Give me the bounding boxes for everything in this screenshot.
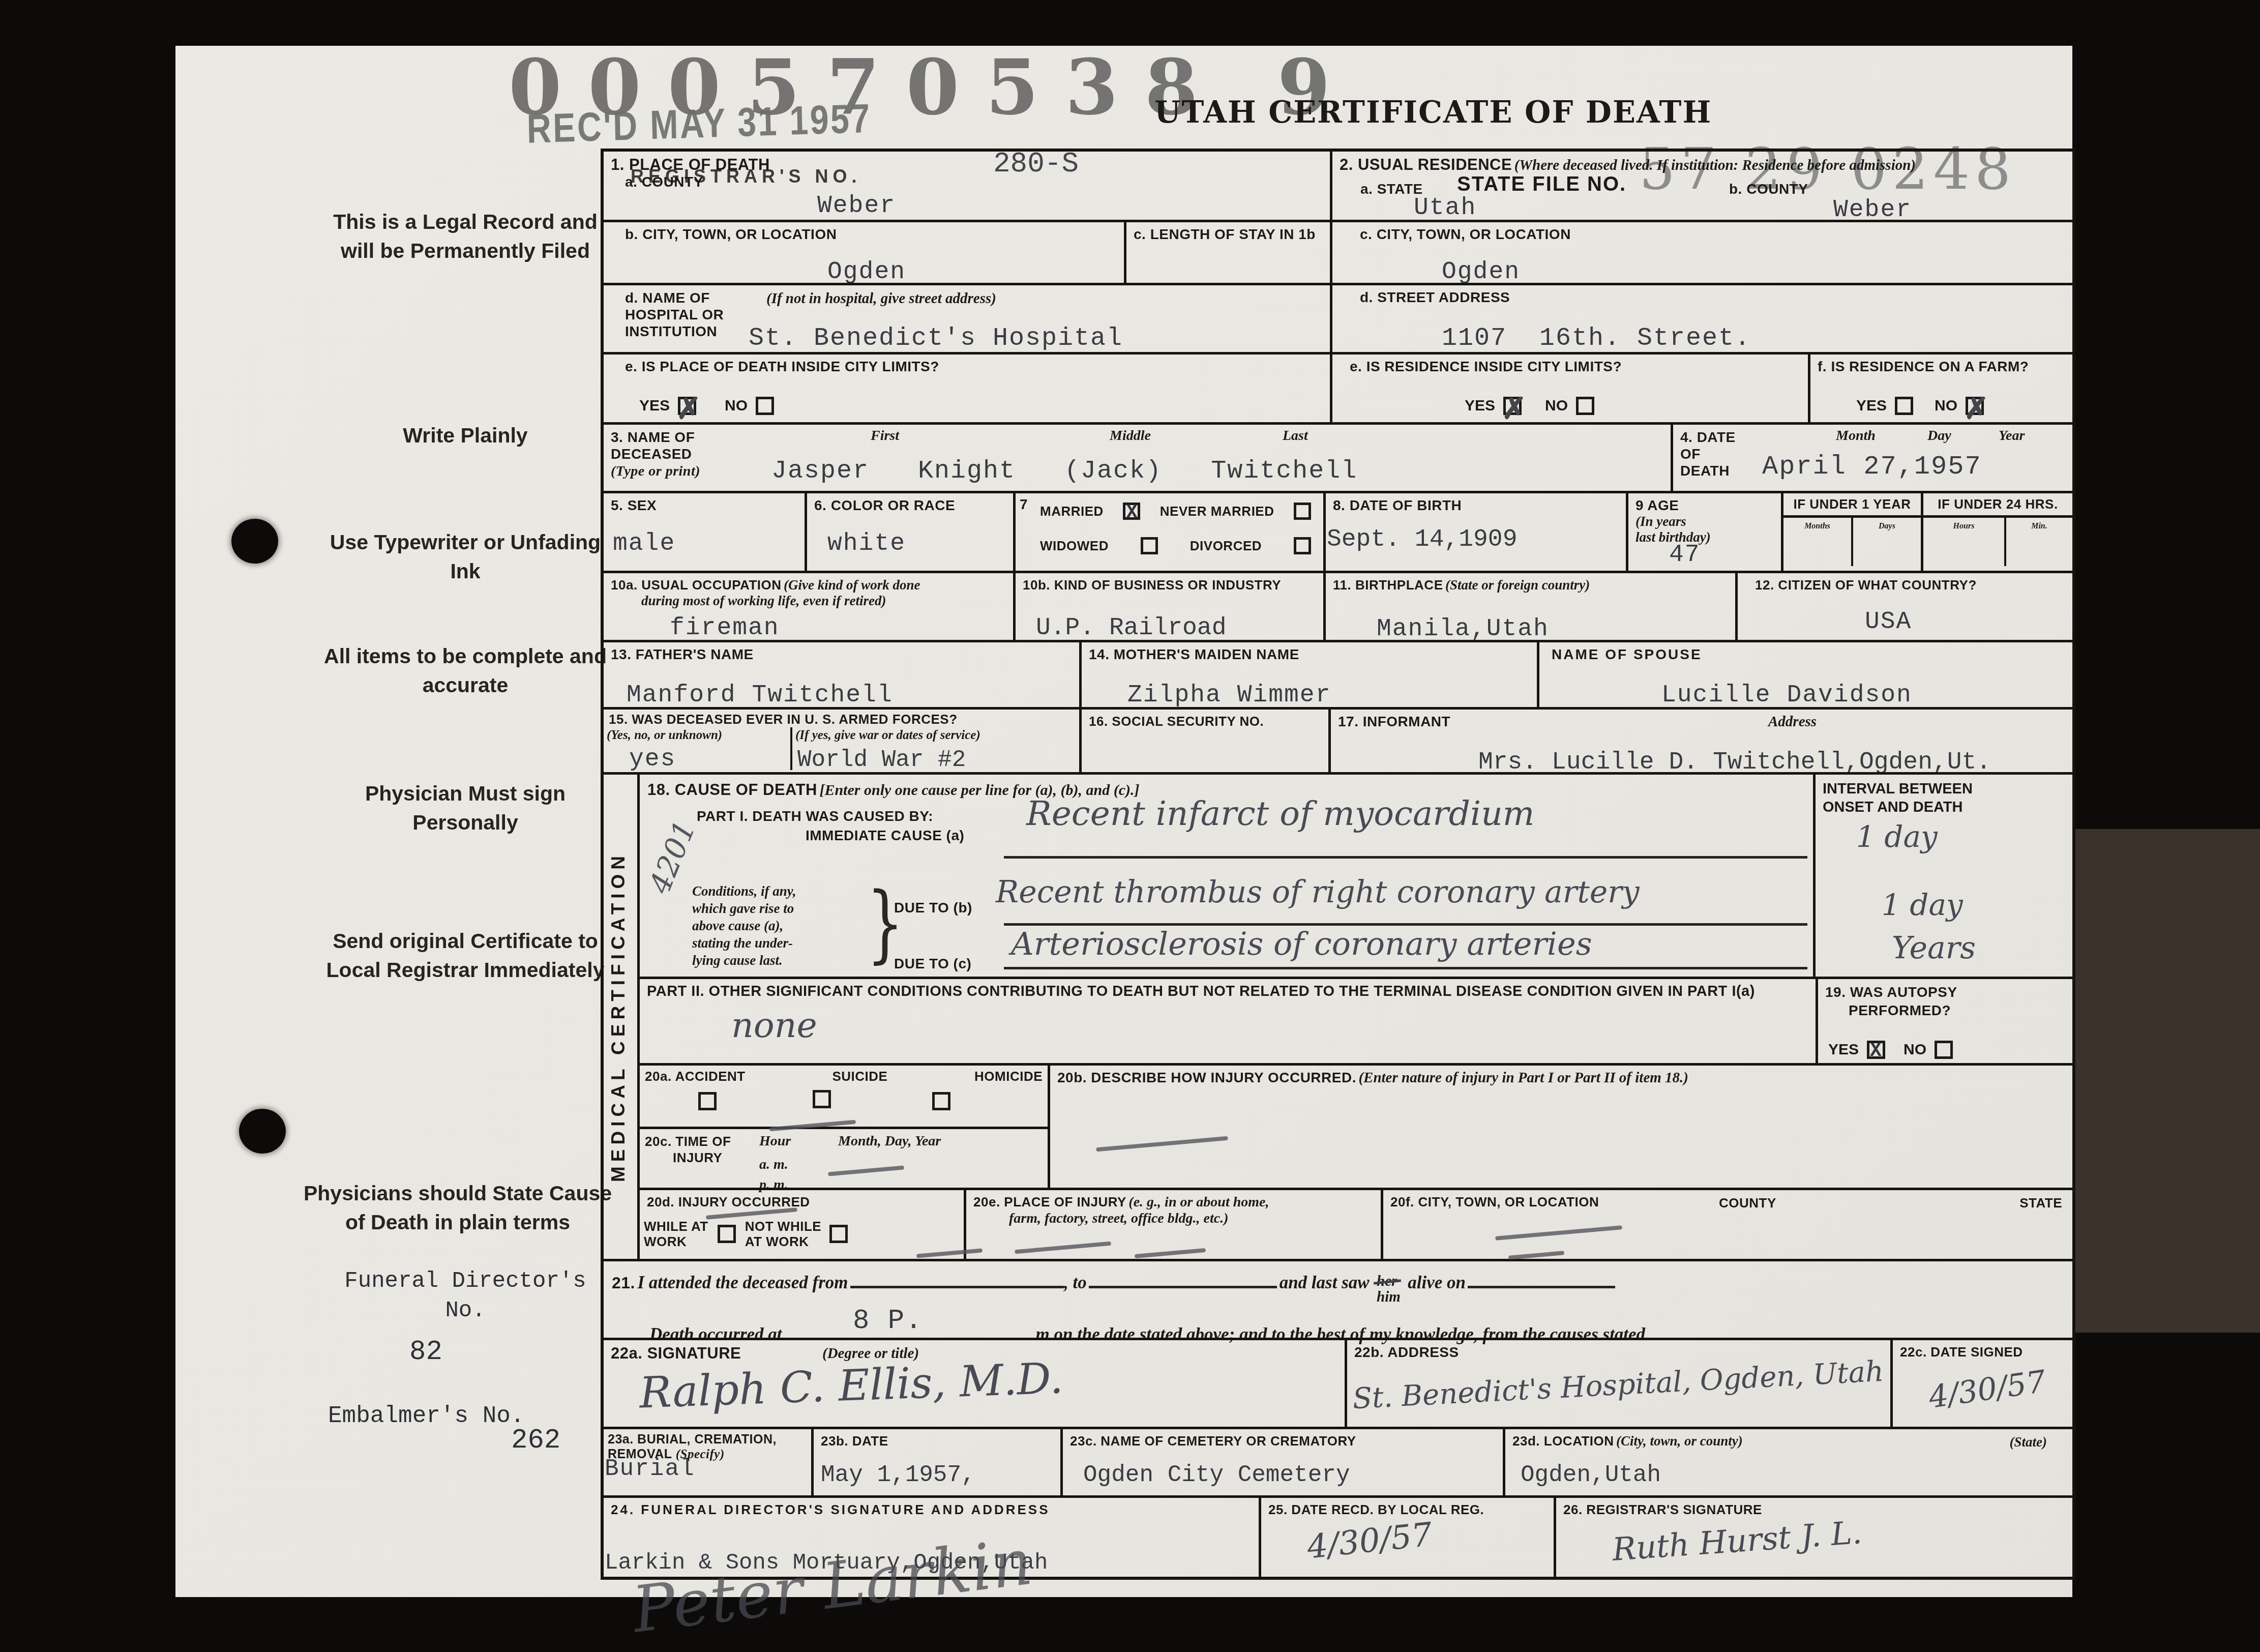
field-attended-statement: 21. I attended the deceased from , to an… — [604, 1261, 2072, 1338]
hour-label: Hour — [759, 1133, 791, 1149]
place-of-injury-label: 20e. PLACE OF INJURY — [973, 1194, 1126, 1209]
embalmer-no-value: 262 — [511, 1425, 560, 1456]
pen-dash — [1015, 1242, 1111, 1254]
interval-a-value: 1 day — [1856, 819, 1938, 854]
margin-note-typewriter: Use Typewriter or Unfading Ink — [320, 528, 610, 586]
mother-value: Zilpha Wimmer — [1127, 682, 1331, 709]
medical-certification-strip: MEDICAL CERTIFICATION — [604, 775, 640, 1259]
burial-type-value: Burial — [605, 1456, 695, 1482]
field-fathers-name: 13. FATHER'S NAME Manford Twitchell — [604, 642, 1082, 707]
industry-value: U.P. Railroad — [1036, 614, 1226, 642]
date-signed-value: 4/30/57 — [1926, 1364, 2048, 1415]
no-checkbox — [1576, 397, 1594, 415]
field-burial-type: 23a. BURIAL, CREMATION, REMOVAL (Specify… — [604, 1429, 814, 1495]
field-length-of-stay: c. LENGTH OF STAY IN 1b — [1126, 222, 1332, 283]
place-of-injury-hint1: (e. g., in or about home, — [1128, 1194, 1269, 1210]
citizen-label: 12. CITIZEN OF WHAT COUNTRY? — [1755, 577, 2065, 593]
street-address-value: 1107 16th. Street. — [1442, 324, 1751, 353]
under-24-hrs-columns: Hours Min. — [1923, 515, 2072, 566]
min-column: Min. — [2006, 518, 2072, 566]
accident-checkbox — [698, 1092, 717, 1110]
length-of-stay-label: c. LENGTH OF STAY IN 1b — [1134, 226, 1323, 243]
field-residence-on-farm: f. IS RESIDENCE ON A FARM? YES NO — [1810, 355, 2072, 422]
hospital-hint: (If not in hospital, give street address… — [766, 290, 996, 307]
field-residence-inside-city-limits: e. IS RESIDENCE INSIDE CITY LIMITS? YES … — [1332, 355, 1810, 422]
time-of-death-value: 8 P. — [853, 1306, 923, 1337]
field-physician-signature: 22a. SIGNATURE (Degree or title) Ralph C… — [604, 1340, 1347, 1427]
margin-note-write-plainly: Write Plainly — [320, 421, 610, 450]
residence-city-label: c. CITY, TOWN, OR LOCATION — [1360, 226, 2065, 243]
address-label: 22b. ADDRESS — [1354, 1344, 1459, 1360]
residence-city-limits-label: e. IS RESIDENCE INSIDE CITY LIMITS? — [1350, 359, 1801, 375]
place-city-limits-label: e. IS PLACE OF DEATH INSIDE CITY LIMITS? — [625, 359, 1323, 375]
cause-a-value: Recent infarct of myocardium — [1026, 794, 1534, 833]
cause-a-line — [1004, 856, 1807, 859]
cemetery-label: 23c. NAME OF CEMETERY OR CREMATORY — [1070, 1433, 1356, 1449]
attended-line1: 21. I attended the deceased from , to an… — [612, 1266, 2070, 1305]
mother-label: 14. MOTHER'S MAIDEN NAME — [1089, 646, 1530, 663]
dod-col-year: Year — [1999, 428, 2025, 444]
race-value: white — [827, 530, 906, 557]
row-occupation: 10a. USUAL OCCUPATION (Give kind of work… — [604, 571, 2072, 640]
am-label: a. m. — [759, 1157, 788, 1173]
time-of-injury-label: 20c. TIME OF INJURY — [645, 1133, 731, 1166]
father-value: Manford Twitchell — [627, 682, 893, 709]
pen-dash — [1495, 1225, 1622, 1241]
field-social-security-no: 16. SOCIAL SECURITY NO. — [1082, 710, 1331, 772]
sex-label: 5. SEX — [611, 497, 797, 514]
margin-note-send-original: Send original Certificate to Local Regis… — [320, 927, 610, 985]
row-part2-autopsy: PART II. OTHER SIGNIFICANT CONDITIONS CO… — [640, 977, 2072, 1063]
field-street-address: d. STREET ADDRESS 1107 16th. Street. — [1332, 285, 2072, 352]
homicide-checkbox — [932, 1092, 950, 1110]
field-armed-forces: 15. WAS DECEASED EVER IN U. S. ARMED FOR… — [604, 710, 1082, 772]
field-sex: 5. SEX male — [604, 493, 807, 571]
residence-city-limits-answer: YES NO — [1465, 397, 1599, 415]
field-usual-occupation: 10a. USUAL OCCUPATION (Give kind of work… — [604, 573, 1016, 640]
burial-date-label: 23b. DATE — [821, 1433, 888, 1449]
place-city-value: Ogden — [827, 258, 906, 286]
medical-certification-label: MEDICAL CERTIFICATION — [608, 851, 629, 1182]
street-address-label: d. STREET ADDRESS — [1360, 289, 2065, 306]
yes-checkbox — [1895, 397, 1913, 415]
injury-occurred-label: 20d. INJURY OCCURRED — [647, 1194, 810, 1209]
date-received-value: 4/30/57 — [1305, 1516, 1434, 1566]
field-describe-injury: 20b. DESCRIBE HOW INJURY OCCURRED. (Ente… — [1050, 1066, 2072, 1188]
field-name-of-spouse: NAME OF SPOUSE Lucille Davidson — [1539, 642, 2072, 707]
scanned-death-certificate: 000570538 9 REC'D MAY 31 1957 REGISTRAR'… — [0, 0, 2260, 1652]
part2-value: none — [731, 1006, 817, 1046]
citizen-value: USA — [1865, 608, 1912, 636]
place-of-injury-hint2: farm, factory, street, office bldg., etc… — [1009, 1211, 1229, 1226]
injury-state-label: STATE — [2019, 1195, 2062, 1211]
field-place-of-death-county: 1. PLACE OF DEATH a. COUNTY Weber — [604, 152, 1332, 220]
months-column: Months — [1783, 518, 1853, 566]
while-at-work-checkbox — [718, 1225, 736, 1243]
field-residence-state-county: 2. USUAL RESIDENCE (Where deceased lived… — [1332, 152, 2072, 220]
field-injury-location: 20f. CITY, TOWN, OR LOCATION COUNTY STAT… — [1383, 1190, 2072, 1259]
dob-label: 8. DATE OF BIRTH — [1333, 497, 1619, 514]
row-signature: 22a. SIGNATURE (Degree or title) Ralph C… — [604, 1338, 2072, 1427]
field-injury-occurred: 20d. INJURY OCCURRED WHILE ATWORK NOT WH… — [640, 1190, 966, 1259]
never-married-label: NEVER MARRIED — [1160, 504, 1274, 519]
field-burial-location: 23d. LOCATION (City, town, or county) (S… — [1505, 1429, 2072, 1495]
residence-state-value: Utah — [1414, 194, 1476, 222]
scan-border-top — [0, 0, 2260, 46]
row-attended: 21. I attended the deceased from , to an… — [604, 1259, 2072, 1338]
funeral-director-no-value: 82 — [409, 1337, 442, 1368]
date-received-label: 25. DATE RECD. BY LOCAL REG. — [1268, 1502, 1484, 1517]
funeral-director-label: 24. FUNERAL DIRECTOR'S SIGNATURE AND ADD… — [611, 1502, 1050, 1517]
yes-checkbox — [1867, 1041, 1885, 1059]
field-mothers-maiden-name: 14. MOTHER'S MAIDEN NAME Zilpha Wimmer — [1082, 642, 1539, 707]
field-name-of-deceased: 3. NAME OF DECEASED (Type or print) Firs… — [604, 425, 1673, 491]
field-industry: 10b. KIND OF BUSINESS OR INDUSTRY U.P. R… — [1016, 573, 1326, 640]
row-20ab: 20a. ACCIDENT SUICIDE HOMICIDE — [640, 1063, 2072, 1188]
row-parents-spouse: 13. FATHER'S NAME Manford Twitchell 14. … — [604, 640, 2072, 707]
armed-forces-hint1: (Yes, no, or unknown) — [607, 728, 722, 742]
interval-b-value: 1 day — [1882, 888, 1963, 922]
part1-label: PART I. DEATH WAS CAUSED BY: — [697, 808, 933, 824]
interval-c-value: Years — [1892, 930, 1976, 966]
medical-certification-group: MEDICAL CERTIFICATION 4201 18. CAUSE OF … — [604, 772, 2072, 1259]
residence-city-value: Ogden — [1442, 258, 1520, 286]
occupation-value: fireman — [670, 614, 780, 642]
injury-occurred-boxes: WHILE ATWORK NOT WHILEAT WORK — [644, 1219, 856, 1249]
certificate-paper: 000570538 9 REC'D MAY 31 1957 REGISTRAR'… — [175, 46, 2072, 1597]
burial-state-hint: (State) — [2010, 1434, 2047, 1450]
row-county: 1. PLACE OF DEATH a. COUNTY Weber 2. USU… — [604, 152, 2072, 220]
signature-label: 22a. SIGNATURE — [611, 1344, 741, 1362]
burial-date-value: May 1,1957, — [821, 1462, 975, 1488]
under-1-year-label: IF UNDER 1 YEAR — [1783, 493, 1921, 515]
describe-injury-label: 20b. DESCRIBE HOW INJURY OCCURRED. — [1057, 1070, 1356, 1085]
interval-header: INTERVAL BETWEENONSET AND DEATH — [1816, 775, 2072, 816]
county-value: Weber — [817, 192, 896, 220]
dob-value: Sept. 14,1909 — [1327, 526, 1517, 553]
row-city: b. CITY, TOWN, OR LOCATION Ogden c. LENG… — [604, 220, 2072, 283]
field-place-of-injury: 20e. PLACE OF INJURY (e. g., in or about… — [966, 1190, 1383, 1259]
embalmer-no-label: Embalmer's No. — [328, 1403, 524, 1429]
marital-line1: MARRIED NEVER MARRIED — [1040, 503, 1316, 520]
married-label: MARRIED — [1040, 504, 1104, 519]
not-while-at-work-checkbox — [829, 1225, 848, 1243]
injury-city-label: 20f. CITY, TOWN, OR LOCATION — [1390, 1194, 1599, 1209]
punch-hole-top — [231, 519, 278, 564]
field-date-signed: 22c. DATE SIGNED 4/30/57 — [1893, 1340, 2072, 1427]
certificate-form: Peter Larkin 1. PLACE OF DEATH a. COUNTY… — [601, 149, 2075, 1580]
cause-c-line — [1004, 967, 1807, 969]
due-to-c-label: DUE TO (c) — [894, 956, 971, 972]
row-burial: 23a. BURIAL, CREMATION, REMOVAL (Specify… — [604, 1427, 2072, 1495]
hours-column: Hours — [1923, 518, 2006, 566]
row-cause-of-death: 4201 18. CAUSE OF DEATH [Enter only one … — [640, 775, 2072, 977]
accident-suicide-homicide: 20a. ACCIDENT SUICIDE HOMICIDE — [640, 1066, 1048, 1129]
informant-label: 17. INFORMANT — [1338, 714, 1450, 729]
field-place-inside-city-limits: e. IS PLACE OF DEATH INSIDE CITY LIMITS?… — [604, 355, 1332, 422]
injury-county-label: COUNTY — [1719, 1195, 1776, 1211]
sex-value: male — [613, 530, 675, 557]
age-hint: (In yearslast birthday) — [1635, 514, 1774, 545]
field-informant: 17. INFORMANT Address Mrs. Lucille D. Tw… — [1331, 710, 2072, 772]
divorced-checkbox — [1294, 537, 1311, 554]
margin-note-plain-terms: Physicians should State Cause of Death i… — [300, 1179, 615, 1237]
divorced-label: DIVORCED — [1190, 538, 1262, 554]
field-age: 9 AGE (In yearslast birthday) 47 — [1628, 493, 1783, 571]
birthplace-value: Manila,Utah — [1377, 615, 1549, 643]
scan-border-bottom — [0, 1596, 2260, 1652]
armed-forces-hint2: (If yes, give war or dates of service) — [795, 728, 980, 742]
occupation-label: 10a. USUAL OCCUPATION (Give kind of work… — [611, 577, 1006, 609]
never-married-checkbox — [1294, 503, 1311, 520]
residence-farm-label: f. IS RESIDENCE ON A FARM? — [1818, 359, 2065, 375]
armed-forces-answers: (Yes, no, or unknown) yes (If yes, give … — [604, 727, 1079, 770]
hospital-value: St. Benedict's Hospital — [749, 324, 1123, 353]
armed-forces-value2: World War #2 — [797, 747, 966, 773]
margin-note-complete-accurate: All items to be complete and accurate — [320, 642, 610, 700]
informant-address-label: Address — [1768, 714, 1817, 730]
desk-background — [2072, 829, 2260, 1333]
no-checkbox — [756, 397, 774, 415]
place-city-label: b. CITY, TOWN, OR LOCATION — [625, 226, 1117, 243]
name-col-middle: Middle — [1110, 428, 1151, 444]
field-residence-city: c. CITY, TOWN, OR LOCATION Ogden — [1332, 222, 2072, 283]
registrar-signature-label: 26. REGISTRAR'S SIGNATURE — [1563, 1502, 1762, 1517]
scan-border-right — [2072, 0, 2260, 1652]
row-sex-race-marital: 5. SEX male 6. COLOR OR RACE white 7 MAR… — [604, 491, 2072, 571]
cause-b-value: Recent thrombus of right coronary artery — [996, 874, 1640, 910]
suicide-checkbox — [813, 1090, 831, 1108]
row-20def: 20d. INJURY OCCURRED WHILE ATWORK NOT WH… — [640, 1188, 2072, 1259]
spouse-label: NAME OF SPOUSE — [1552, 646, 2065, 663]
field-date-received: 25. DATE RECD. BY LOCAL REG. 4/30/57 — [1261, 1498, 1556, 1577]
part2-label: PART II. OTHER SIGNIFICANT CONDITIONS CO… — [647, 983, 1808, 1000]
race-label: 6. COLOR OR RACE — [814, 497, 1006, 514]
marital-line2: WIDOWED DIVORCED — [1040, 537, 1316, 554]
ash-labels: 20a. ACCIDENT SUICIDE HOMICIDE — [645, 1069, 1043, 1084]
funeral-director-value: Larkin & Sons Mortuary,Ogden,Utah — [605, 1550, 1048, 1576]
due-to-b-label: DUE TO (b) — [894, 900, 972, 916]
field-date-of-death: 4. DATE OF DEATH Month Day Year April 27… — [1673, 425, 2072, 491]
dod-col-day: Day — [1927, 428, 1951, 444]
yes-checkbox — [1503, 397, 1522, 415]
funeral-director-no-label: Funeral Director's No. — [318, 1266, 613, 1325]
conditions-note: Conditions, if any, which gave rise to a… — [692, 882, 796, 969]
father-label: 13. FATHER'S NAME — [611, 646, 1072, 663]
certificate-title: UTAH CERTIFICATE OF DEATH — [1154, 95, 1712, 130]
punch-hole-bottom — [239, 1109, 286, 1154]
margin-note-physician-sign: Physician Must sign Personally — [320, 779, 610, 837]
place-of-death-title: 1. PLACE OF DEATH — [611, 156, 1323, 174]
row-hospital: d. NAME OF HOSPITAL OR INSTITUTION (If n… — [604, 283, 2072, 352]
armed-forces-label: 15. WAS DECEASED EVER IN U. S. ARMED FOR… — [604, 712, 1079, 727]
registrar-signature-value: Ruth Hurst J. L. — [1611, 1514, 1863, 1568]
row-registration: 24. FUNERAL DIRECTOR'S SIGNATURE AND ADD… — [604, 1495, 2072, 1577]
age-value: 47 — [1669, 541, 1701, 569]
field-cause-of-death: 4201 18. CAUSE OF DEATH [Enter only one … — [640, 775, 2072, 977]
field-physician-address: 22b. ADDRESS St. Benedict's Hospital, Og… — [1347, 1340, 1893, 1427]
armed-forces-value1: yes — [629, 746, 676, 773]
field-registrar-signature: 26. REGISTRAR'S SIGNATURE Ruth Hurst J. … — [1556, 1498, 2072, 1577]
field-color-or-race: 6. COLOR OR RACE white — [807, 493, 1016, 571]
field-funeral-director: 24. FUNERAL DIRECTOR'S SIGNATURE AND ADD… — [604, 1498, 1261, 1577]
name-col-last: Last — [1283, 428, 1308, 444]
interval-column: INTERVAL BETWEENONSET AND DEATH 1 day 1 … — [1813, 775, 2072, 977]
burial-location-value: Ogden,Utah — [1521, 1462, 1661, 1488]
county-label: a. COUNTY — [625, 174, 1323, 190]
days-column: Days — [1853, 518, 1921, 566]
usual-residence-hint: (Where deceased lived. If institution: R… — [1514, 157, 1916, 173]
residence-county-label: b. COUNTY — [1729, 181, 1808, 197]
date-of-death-value: April 27,1957 — [1762, 452, 1982, 482]
birthplace-label: 11. BIRTHPLACE (State or foreign country… — [1333, 577, 1728, 593]
autopsy-label: 19. WAS AUTOPSY PERFORMED? — [1825, 983, 2065, 1020]
dod-col-month: Month — [1836, 428, 1876, 444]
her-him: herhim — [1377, 1274, 1401, 1305]
field-citizen: 12. CITIZEN OF WHAT COUNTRY? USA — [1738, 573, 2072, 640]
pen-dash — [828, 1165, 904, 1176]
scan-border-left — [0, 0, 175, 1652]
field-birthplace: 11. BIRTHPLACE (State or foreign country… — [1326, 573, 1738, 640]
age-label: 9 AGE — [1635, 497, 1774, 514]
margin-note-legal-record: This is a Legal Record and will be Perma… — [320, 208, 610, 265]
cause-c-value: Arteriosclerosis of coronary arteries — [1011, 925, 1592, 962]
row-city-limits: e. IS PLACE OF DEATH INSIDE CITY LIMITS?… — [604, 352, 2072, 422]
field-if-under-24-hrs: IF UNDER 24 HRS. Hours Min. — [1923, 493, 2072, 571]
date-signed-label: 22c. DATE SIGNED — [1900, 1344, 2023, 1360]
widowed-checkbox — [1141, 537, 1158, 554]
ssn-label: 16. SOCIAL SECURITY NO. — [1089, 714, 1321, 729]
describe-injury-hint: (Enter nature of injury in Part I or Par… — [1358, 1070, 1688, 1086]
spouse-value: Lucille Davidson — [1661, 682, 1912, 709]
field-cemetery-name: 23c. NAME OF CEMETERY OR CREMATORY Ogden… — [1063, 1429, 1505, 1495]
name-of-deceased-value: Jasper Knight (Jack) Twitchell — [771, 457, 1357, 486]
industry-label: 10b. KIND OF BUSINESS OR INDUSTRY — [1023, 577, 1316, 593]
burial-location-hint: (City, town, or county) — [1616, 1433, 1743, 1449]
under-24-hrs-label: IF UNDER 24 HRS. — [1923, 493, 2072, 515]
field-if-under-1-year: IF UNDER 1 YEAR Months Days — [1783, 493, 1923, 571]
usual-residence-title: 2. USUAL RESIDENCE — [1340, 156, 1512, 173]
place-city-limits-answer: YES NO — [639, 397, 779, 415]
field-autopsy: 19. WAS AUTOPSY PERFORMED? YES NO — [1816, 979, 2072, 1063]
field-burial-date: 23b. DATE May 1,1957, — [814, 1429, 1063, 1495]
immediate-cause-label: IMMEDIATE CAUSE (a) — [806, 828, 964, 844]
name-col-first: First — [871, 428, 899, 444]
yes-checkbox — [678, 397, 696, 415]
physician-address-value: St. Benedict's Hospital, Ogden, Utah — [1352, 1355, 1885, 1416]
row-forces-ssn-informant: 15. WAS DECEASED EVER IN U. S. ARMED FOR… — [604, 707, 2072, 772]
marital-no: 7 — [1020, 496, 1028, 513]
no-checkbox — [1966, 397, 1984, 415]
field-marital-status: 7 MARRIED NEVER MARRIED WIDOWED DIVORCED — [1016, 493, 1326, 571]
physician-signature-value: Ralph C. Ellis, M.D. — [639, 1353, 1064, 1418]
burial-location-label: 23d. LOCATION — [1512, 1433, 1614, 1449]
pen-dash — [1096, 1136, 1228, 1152]
field-place-of-death-city: b. CITY, TOWN, OR LOCATION Ogden — [604, 222, 1126, 283]
row-name-date: 3. NAME OF DECEASED (Type or print) Firs… — [604, 422, 2072, 491]
residence-farm-answer: YES NO — [1856, 397, 1989, 415]
autopsy-answer: YES NO — [1828, 1041, 1958, 1059]
widowed-label: WIDOWED — [1040, 538, 1109, 554]
mdy-label: Month, Day, Year — [838, 1133, 941, 1149]
cemetery-value: Ogden City Cemetery — [1083, 1462, 1350, 1488]
field-accident-suicide-homicide: 20a. ACCIDENT SUICIDE HOMICIDE — [640, 1066, 1050, 1188]
field-date-of-birth: 8. DATE OF BIRTH Sept. 14,1909 — [1326, 493, 1628, 571]
field-part2-conditions: PART II. OTHER SIGNIFICANT CONDITIONS CO… — [640, 979, 1816, 1063]
under-1-year-columns: Months Days — [1783, 515, 1921, 566]
no-checkbox — [1935, 1041, 1953, 1059]
married-checkbox — [1123, 503, 1140, 520]
field-hospital-name: d. NAME OF HOSPITAL OR INSTITUTION (If n… — [604, 285, 1332, 352]
